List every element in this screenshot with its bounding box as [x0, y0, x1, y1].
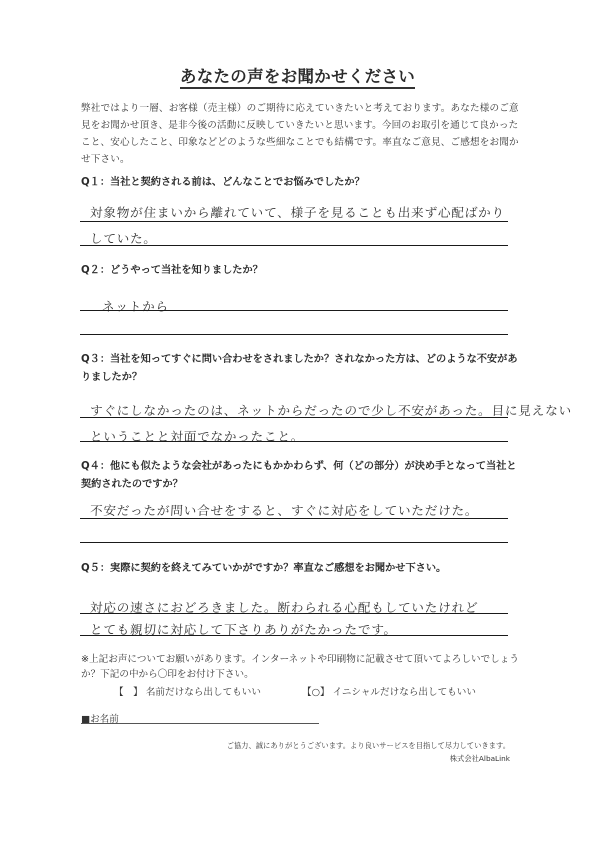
question-1: Q１：当社と契約される前は、どんなことでお悩みでしたか？	[81, 174, 521, 192]
option-initials-only[interactable]: 【○】 イニシャルだけなら出してもいい	[302, 684, 476, 698]
answer-2-rule-1	[80, 310, 508, 311]
option-name-only-label: 名前だけなら出してもいい	[146, 687, 261, 698]
option-initials-only-checkbox[interactable]: 【○】	[302, 687, 330, 698]
answer-3-line-2: ということと対面でなかったこと。	[90, 426, 521, 445]
answer-4-rule-1	[80, 518, 508, 519]
answer-1-rule-2	[80, 245, 508, 246]
question-4: Q４：他にも似たような会社があったにもかかわらず、何（どの部分）が決め手となって…	[81, 458, 521, 494]
thanks-message: ご協力、誠にありがとうございます。より良いサービスを目指して尽力していきます。	[0, 741, 510, 751]
answer-3-rule-1	[80, 417, 508, 418]
answer-4-line-1: 不安だったが問い合せをすると、すぐに対応をしていただけた。	[90, 500, 521, 519]
permission-note: ※上記お声についてお願いがあります。インターネットや印刷物に記載させて頂いてよろ…	[81, 652, 526, 682]
answer-5-rule-1	[80, 613, 508, 614]
intro-paragraph: 弊社ではより一層、お客様（売主様）のご期待に応えていきたいと考えております。あな…	[81, 100, 521, 168]
question-5: Q５：実際に契約を終えてみていかがですか？率直なご感想をお聞かせ下さい。	[81, 560, 521, 578]
option-name-only-checkbox[interactable]: 【 】	[114, 687, 143, 698]
name-field-input-line[interactable]	[81, 723, 319, 724]
page-title: あなたの声をお聞かせください	[0, 63, 595, 87]
answer-5-rule-2	[80, 635, 508, 636]
answer-4-rule-2	[80, 542, 508, 543]
answer-1-rule-1	[80, 221, 508, 222]
company-name: 株式会社AlbaLink	[0, 754, 510, 764]
answer-2-rule-2	[80, 334, 508, 335]
page-title-text: あなたの声をお聞かせください	[180, 67, 415, 89]
question-2: Q２：どうやって当社を知りましたか？	[81, 262, 521, 280]
answer-2-line-1: ネットから	[102, 296, 533, 315]
answer-1-line-1: 対象物が住まいから離れていて、様子を見ることも出来ず心配ばかり	[90, 202, 521, 221]
question-3: Q３：当社を知ってすぐに問い合わせをされましたか？されなかった方は、どのような不…	[81, 351, 521, 387]
option-name-only[interactable]: 【 】 名前だけなら出してもいい	[114, 684, 261, 698]
answer-3-rule-2	[80, 441, 508, 442]
option-initials-only-label: イニシャルだけなら出してもいい	[333, 687, 476, 698]
